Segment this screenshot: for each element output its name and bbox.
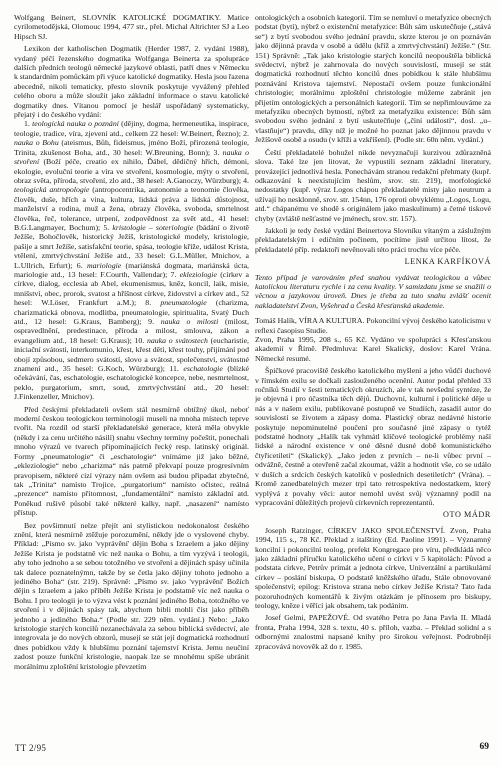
- text-run: teologická nauka o poznání: [32, 119, 119, 128]
- reviewer-name-karfikova: LENKA KARFÍKOVÁ: [255, 257, 491, 266]
- text-run: Wolfgang Beinert, SLOVNÍK KATOLICKÉ DOGM…: [14, 13, 249, 41]
- text-run: ontologických a osobních kategorií. Tím …: [255, 13, 491, 144]
- journal-issue-label: TT 2/95: [15, 743, 46, 753]
- text-run: mariologie: [87, 261, 121, 270]
- text-run: nauka o Bohu: [14, 138, 59, 147]
- page-number: 69: [480, 742, 490, 752]
- text-run: nauka o milosti: [161, 317, 219, 326]
- book-citation-beinert: Wolfgang Beinert, SLOVNÍK KATOLICKÉ DOGM…: [14, 13, 249, 41]
- review-paragraph-heslar: 1. teologická nauka o poznání (dějiny, d…: [14, 119, 249, 401]
- text-run: Jakkoli je tedy české vydání Beinertova …: [255, 226, 491, 254]
- text-run: kristologie – soteriologie: [112, 223, 193, 232]
- text-run: Zvon, Praha 1995, 208 s., 65 Kč. Vydáno …: [255, 335, 491, 363]
- text-run: Špičkové pracoviště českého katolického …: [255, 366, 491, 507]
- right-text-column: ontologických a osobních kategorií. Tím …: [255, 13, 491, 727]
- review-paragraph-halik: Špičkové pracoviště českého katolického …: [255, 366, 491, 507]
- book-citation-halik-title: Tomáš Halík, VÍRA A KULTURA. Pokoncilní …: [255, 316, 491, 335]
- editorial-note: Tento případ je varováním před snahou vy…: [255, 273, 491, 311]
- text-run: 1.: [24, 119, 32, 128]
- review-paragraph-gelmi: Josef Gelmi, PAPEŽOVÉ. Od svatého Petra …: [255, 613, 491, 651]
- book-citation-halik-publisher: Zvon, Praha 1995, 208 s., 65 Kč. Vydáno …: [255, 335, 491, 363]
- text-run: OTO MÁDR: [443, 510, 491, 519]
- review-paragraph-terminologie: Před českými překladateli ovšem stál nes…: [14, 405, 249, 518]
- text-run: teologická antropologie: [14, 185, 89, 194]
- text-run: Před českými překladateli ovšem stál nes…: [14, 405, 249, 517]
- review-paragraph-lexikon: Lexikon der katholischen Dogmatik (Herde…: [14, 44, 249, 119]
- reviewer-name-madr: OTO MÁDR: [255, 510, 491, 519]
- text-run: LENKA KARFÍKOVÁ: [405, 257, 491, 266]
- text-run: Bez povšimnutí nelze přejít ani stylisti…: [14, 521, 249, 671]
- text-run: eschatologie: [183, 364, 222, 373]
- text-run: (Boží péče, creatio ex nihilo, Ďábel, dě…: [14, 157, 249, 185]
- review-paragraph-zaver: Jakkoli je tedy české vydání Beinertova …: [255, 226, 491, 254]
- review-paragraph-ontologicke: ontologických a osobních kategorií. Tím …: [255, 13, 491, 145]
- scanned-journal-page: Wolfgang Beinert, SLOVNÍK KATOLICKÉ DOGM…: [0, 0, 500, 766]
- review-paragraph-stylistika: Bez povšimnutí nelze přejít ani stylisti…: [14, 521, 249, 672]
- text-run: Lexikon der katholischen Dogmatik (Herde…: [14, 44, 249, 119]
- text-run: Čeští překladatelé bohužel nikde nevyzna…: [255, 148, 491, 223]
- text-run: ekleziologie: [180, 270, 217, 279]
- text-run: Joseph Ratzinger, CÍRKEV JAKO SPOLEČENST…: [255, 526, 491, 610]
- left-text-column: Wolfgang Beinert, SLOVNÍK KATOLICKÉ DOGM…: [14, 13, 249, 727]
- review-paragraph-kurziva: Čeští překladatelé bohužel nikde nevyzna…: [255, 148, 491, 223]
- text-run: pneumatologie: [160, 298, 206, 307]
- text-run: Tento případ je varováním před snahou vy…: [255, 273, 491, 310]
- review-paragraph-ratzinger: Joseph Ratzinger, CÍRKEV JAKO SPOLEČENST…: [255, 526, 491, 611]
- text-run: Tomáš Halík, VÍRA A KULTURA. Pokoncilní …: [255, 316, 491, 334]
- text-run: nauka o svátostech: [147, 336, 208, 345]
- text-run: Josef Gelmi, PAPEŽOVÉ. Od svatého Petra …: [255, 613, 491, 650]
